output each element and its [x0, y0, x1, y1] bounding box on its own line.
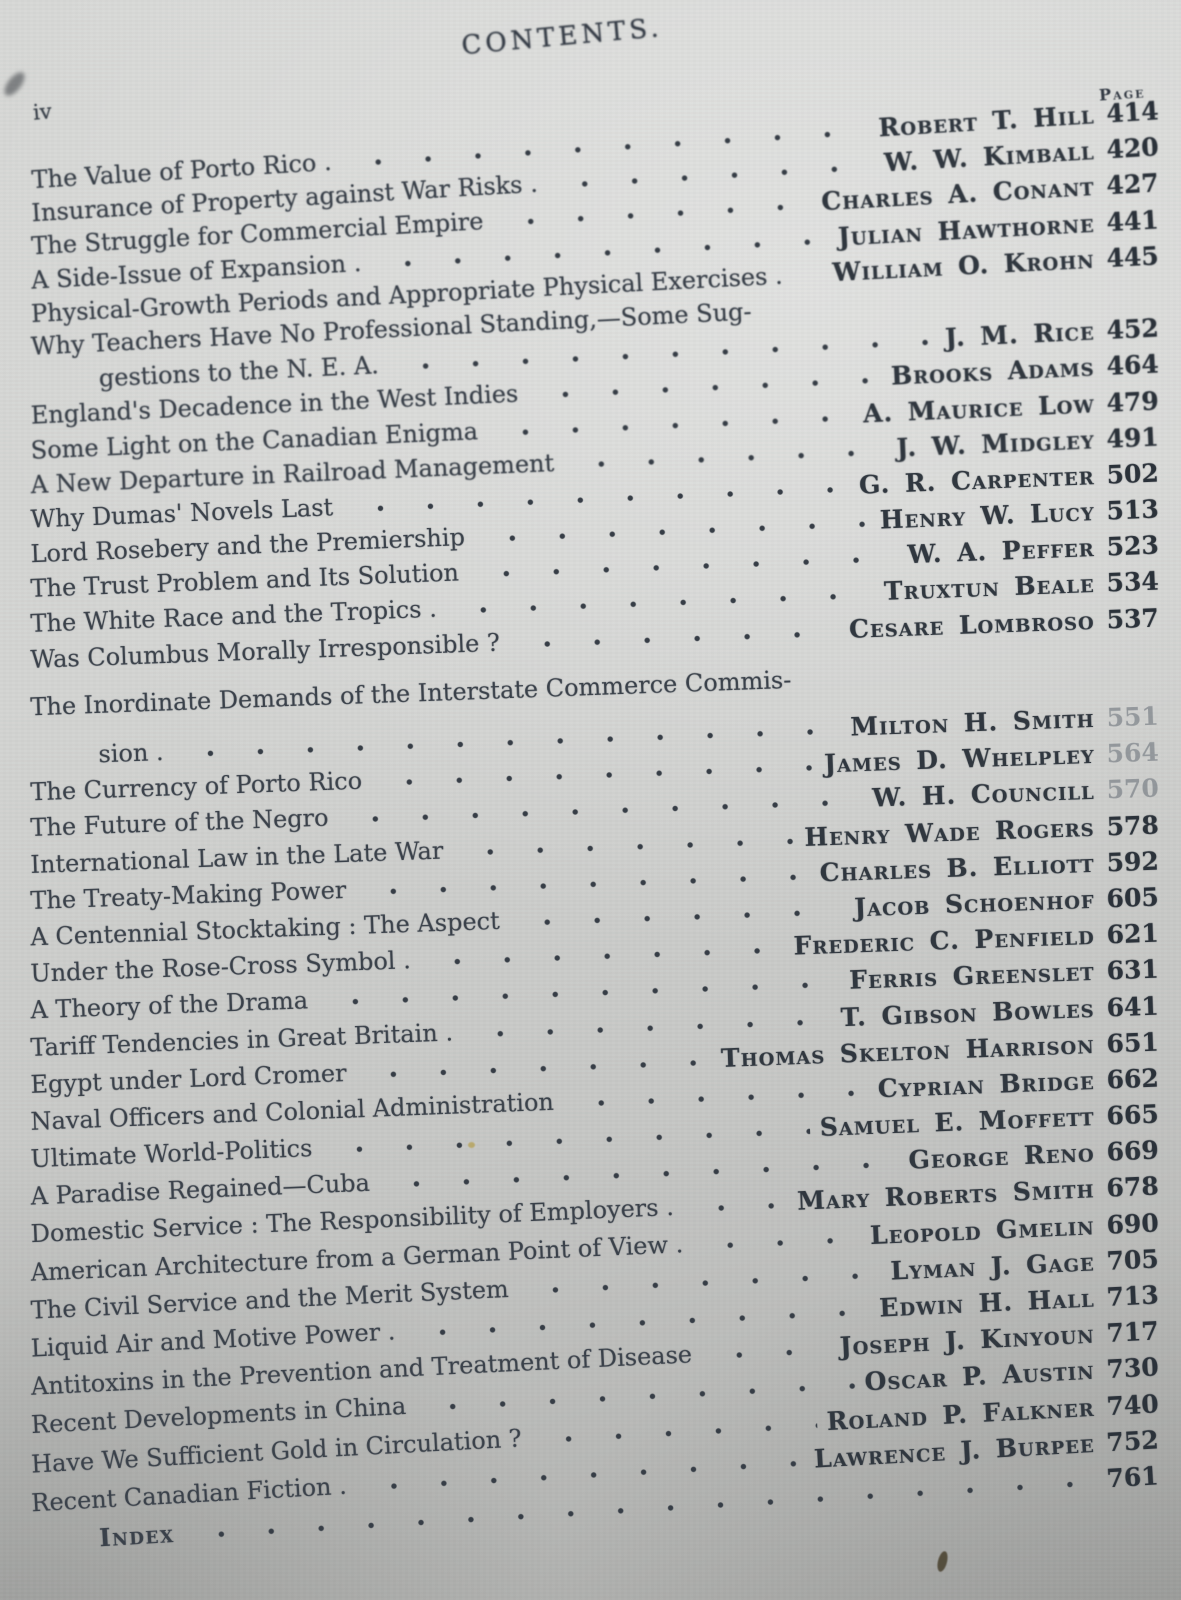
- dot-leader: [699, 1333, 831, 1376]
- entry-page-number: 669: [1106, 1136, 1159, 1167]
- dot-leader: [790, 258, 824, 296]
- entry-page-number: 592: [1106, 846, 1159, 877]
- entry-page-number: 414: [1106, 96, 1160, 128]
- entry-author: J. M. Rice: [944, 317, 1095, 353]
- entry-page-number: 761: [1106, 1461, 1160, 1493]
- dot-leader: [799, 655, 1088, 702]
- entry-page-number: 479: [1106, 386, 1159, 417]
- toc-entry-list: The Value of Porto Rico . Robert T. Hill…: [10, 97, 1159, 1498]
- edge-smudge: [1, 69, 28, 99]
- entry-title: Index: [11, 1519, 176, 1557]
- book-page-photo: CONTENTS. iv Page The Value of Porto Ric…: [0, 0, 1181, 1600]
- entry-page-number: 551: [1106, 702, 1159, 733]
- entry-page-number: 605: [1106, 883, 1159, 914]
- entry-author: W. H. Councill: [872, 776, 1095, 813]
- entry-page-number: 564: [1106, 738, 1159, 769]
- entry-page-number: [1109, 299, 1159, 301]
- entry-page-number: 752: [1106, 1425, 1160, 1457]
- entry-page-number: [1109, 674, 1159, 676]
- entry-page-number: 502: [1106, 458, 1159, 489]
- entry-author: W. A. Peffer: [907, 533, 1095, 569]
- entry-page-number: 534: [1106, 567, 1159, 598]
- entry-page-number: 740: [1106, 1389, 1160, 1421]
- paper-fleck: [468, 1142, 475, 1148]
- entry-page-number: 491: [1106, 422, 1159, 453]
- entry-page-number: 427: [1106, 169, 1160, 201]
- paper-fleck: [936, 1550, 950, 1573]
- entry-page-number: 441: [1106, 205, 1160, 237]
- entry-page-number: 678: [1106, 1172, 1159, 1203]
- entry-page-number: 523: [1106, 531, 1159, 562]
- entry-page-number: 651: [1106, 1027, 1159, 1058]
- dot-leader: [681, 1188, 788, 1229]
- entry-page-number: 578: [1106, 810, 1159, 841]
- entry-author: Milton H. Smith: [850, 704, 1095, 742]
- page-title: CONTENTS.: [431, 10, 693, 63]
- entry-page-number: 420: [1106, 133, 1160, 165]
- entry-page-number: 665: [1106, 1100, 1159, 1131]
- entry-page-number: 662: [1106, 1063, 1159, 1094]
- entry-page-number: 641: [1106, 991, 1159, 1022]
- entry-page-number: 445: [1106, 241, 1160, 273]
- entry-page-number: 717: [1106, 1317, 1160, 1349]
- entry-page-number: 570: [1106, 774, 1159, 805]
- entry-author: Truxtun Beale: [884, 569, 1096, 606]
- entry-page-number: 537: [1106, 603, 1159, 634]
- entry-author: Robert T. Hill: [878, 100, 1096, 142]
- entry-page-number: 690: [1106, 1208, 1159, 1239]
- entry-page-number: 513: [1106, 495, 1159, 526]
- entry-page-number: 631: [1106, 955, 1159, 986]
- entry-page-number: 730: [1106, 1353, 1160, 1385]
- entry-page-number: 713: [1106, 1280, 1159, 1311]
- entry-author: George Reno: [908, 1138, 1095, 1175]
- entry-title: sion .: [10, 738, 164, 771]
- entry-page-number: 705: [1106, 1244, 1159, 1275]
- entry-page-number: 452: [1106, 314, 1159, 345]
- entry-page-number: 464: [1106, 350, 1159, 381]
- entry-page-number: 621: [1106, 919, 1159, 950]
